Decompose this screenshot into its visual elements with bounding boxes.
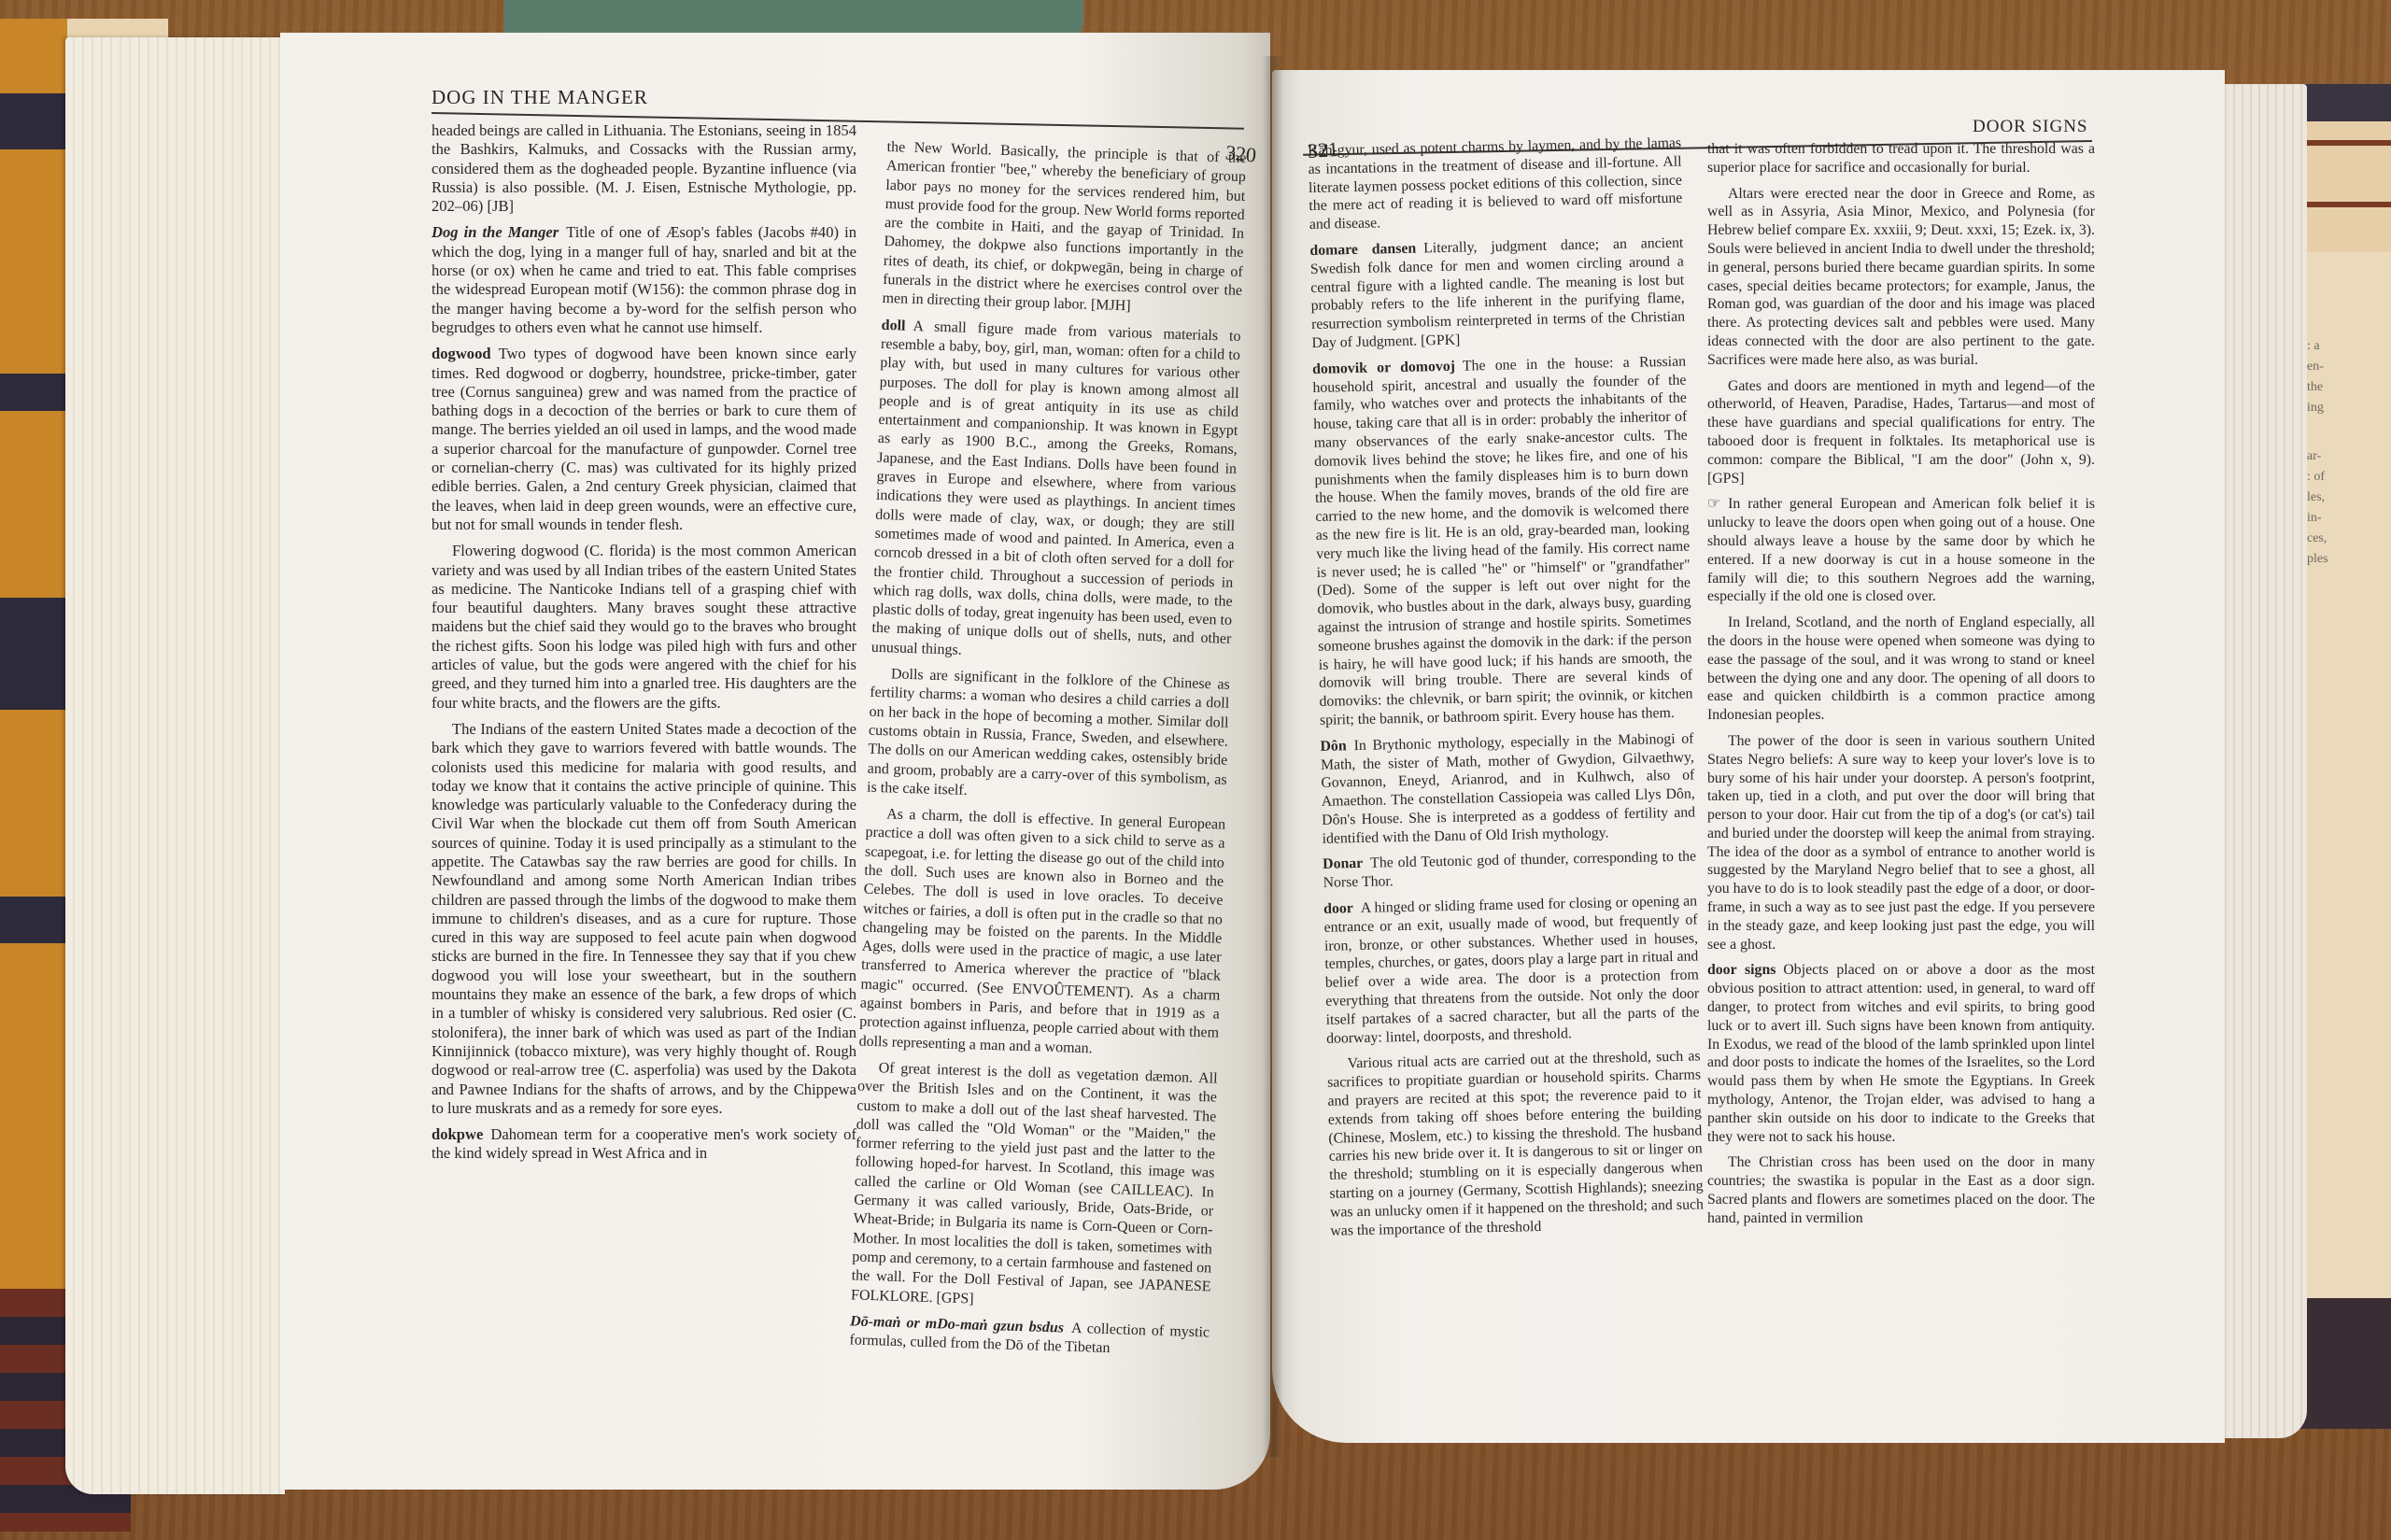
dictionary-entry: dogwoodTwo types of dogwood have been kn… xyxy=(432,345,856,534)
entry-text: Altars were erected near the door in Gre… xyxy=(1707,186,2095,368)
entry-text: Various ritual acts are carried out at t… xyxy=(1327,1049,1704,1239)
right-dust-jacket: : a en- the ing ar- : of les, in- ces, p… xyxy=(2298,84,2391,1429)
right-page-column-2: that it was often forbidden to tread upo… xyxy=(1707,140,2095,1236)
entry-text: As a charm, the doll is effective. In ge… xyxy=(858,806,1225,1056)
entry-text: Two types of dogwood have been known sin… xyxy=(432,345,856,533)
dictionary-entry: dokpweDahomean term for a cooperative me… xyxy=(432,1125,856,1164)
entry-text: the New World. Basically, the principle … xyxy=(882,139,1246,315)
entry-headword: Dog in the Manger xyxy=(432,223,559,241)
entry-paragraph: ☞In rather general European and American… xyxy=(1707,495,2095,606)
entry-text: that it was often forbidden to tread upo… xyxy=(1707,141,2095,176)
book-gutter xyxy=(1263,56,1283,1457)
entry-paragraph: headed beings are called in Lithuania. T… xyxy=(432,121,856,216)
greek-key-band xyxy=(2298,140,2391,207)
left-page-column-1: headed beings are called in Lithuania. T… xyxy=(432,121,856,1171)
entry-text: The power of the door is seen in various… xyxy=(1707,733,2095,953)
entry-headword: dogwood xyxy=(432,345,491,362)
entry-paragraph: that it was often forbidden to tread upo… xyxy=(1707,140,2095,177)
entry-paragraph: The Indians of the eastern United States… xyxy=(432,720,856,1118)
dictionary-entry: Dō-maṅ or mDo-maṅ gzun bsdusA collection… xyxy=(849,1312,1210,1362)
dictionary-entry: doorA hinged or sliding frame used for c… xyxy=(1323,893,1700,1049)
entry-paragraph: The power of the door is seen in various… xyxy=(1707,732,2095,954)
entry-text: Dahomean term for a cooperative men's wo… xyxy=(432,1125,856,1162)
entry-headword: dokpwe xyxy=(432,1125,483,1143)
right-page-block-edges xyxy=(2218,84,2307,1438)
entry-headword: Donar xyxy=(1323,855,1363,872)
entry-text: The Indians of the eastern United States… xyxy=(432,720,856,1117)
entry-text: Objects placed on or above a door as the… xyxy=(1707,962,2095,1144)
right-running-head: DOOR SIGNS xyxy=(1973,117,2088,137)
entry-paragraph: the New World. Basically, the principle … xyxy=(882,138,1247,320)
entry-text: headed beings are called in Lithuania. T… xyxy=(432,121,856,215)
dictionary-entry: DonarThe old Teutonic god of thunder, co… xyxy=(1323,848,1697,893)
entry-text: Dolls are significant in the folklore of… xyxy=(867,666,1230,798)
entry-text: Of great interest is the doll as vegetat… xyxy=(851,1060,1218,1307)
entry-text: The one in the house: a Russian househol… xyxy=(1312,353,1692,728)
left-page-column-2: the New World. Basically, the principle … xyxy=(849,138,1247,1369)
entry-text: In rather general European and American … xyxy=(1707,496,2095,604)
entry-text: The old Teutonic god of thunder, corresp… xyxy=(1323,849,1696,891)
right-page-column-1: Kāh-gyur, used as potent charms by layme… xyxy=(1308,134,1705,1249)
bleed-through-text: : a en- the ing ar- : of les, in- ces, p… xyxy=(2307,336,2328,570)
dictionary-entry: domovik or domovojThe one in the house: … xyxy=(1312,352,1693,729)
entry-headword: domare dansen xyxy=(1309,241,1416,259)
entry-headword: Dôn xyxy=(1320,738,1346,755)
entry-paragraph: Kāh-gyur, used as potent charms by layme… xyxy=(1308,134,1683,234)
entry-headword: domovik or domovoj xyxy=(1312,359,1455,377)
entry-paragraph: Gates and doors are mentioned in myth an… xyxy=(1707,377,2095,488)
dictionary-entry: DônIn Brythonic mythology, especially in… xyxy=(1320,729,1695,848)
entry-text: A small figure made from various materia… xyxy=(871,318,1241,658)
entry-headword: door signs xyxy=(1707,962,1776,978)
entry-paragraph: As a charm, the doll is effective. In ge… xyxy=(858,805,1225,1063)
entry-paragraph: Dolls are significant in the folklore of… xyxy=(867,665,1230,809)
entry-text: Flowering dogwood (C. florida) is the mo… xyxy=(432,542,856,711)
entry-text: Kāh-gyur, used as potent charms by layme… xyxy=(1308,135,1683,233)
entry-paragraph: Altars were erected near the door in Gre… xyxy=(1707,185,2095,370)
entry-paragraph: Of great interest is the doll as vegetat… xyxy=(851,1058,1218,1316)
dictionary-entry: door signsObjects placed on or above a d… xyxy=(1707,961,2095,1146)
entry-paragraph: In Ireland, Scotland, and the north of E… xyxy=(1707,614,2095,725)
left-running-head: DOG IN THE MANGER xyxy=(432,86,648,109)
entry-text: The Christian cross has been used on the… xyxy=(1707,1154,2095,1225)
entry-paragraph: The Christian cross has been used on the… xyxy=(1707,1153,2095,1227)
entry-paragraph: Various ritual acts are carried out at t… xyxy=(1326,1048,1704,1240)
entry-text: In Brythonic mythology, especially in th… xyxy=(1321,730,1696,846)
entry-text: Gates and doors are mentioned in myth an… xyxy=(1707,378,2095,487)
dictionary-entry: domare dansenLiterally, judgment dance; … xyxy=(1309,234,1685,353)
entry-headword: doll xyxy=(881,318,905,334)
entry-text: A hinged or sliding frame used for closi… xyxy=(1323,894,1699,1047)
dictionary-entry: dollA small figure made from various mat… xyxy=(871,317,1241,669)
left-page-block-edges xyxy=(65,37,285,1494)
entry-paragraph: Flowering dogwood (C. florida) is the mo… xyxy=(432,542,856,713)
entry-headword: door xyxy=(1323,900,1353,917)
entry-text: In Ireland, Scotland, and the north of E… xyxy=(1707,615,2095,723)
pointing-hand-icon: ☞ xyxy=(1707,495,1720,514)
dictionary-entry: Dog in the MangerTitle of one of Æsop's … xyxy=(432,223,856,337)
